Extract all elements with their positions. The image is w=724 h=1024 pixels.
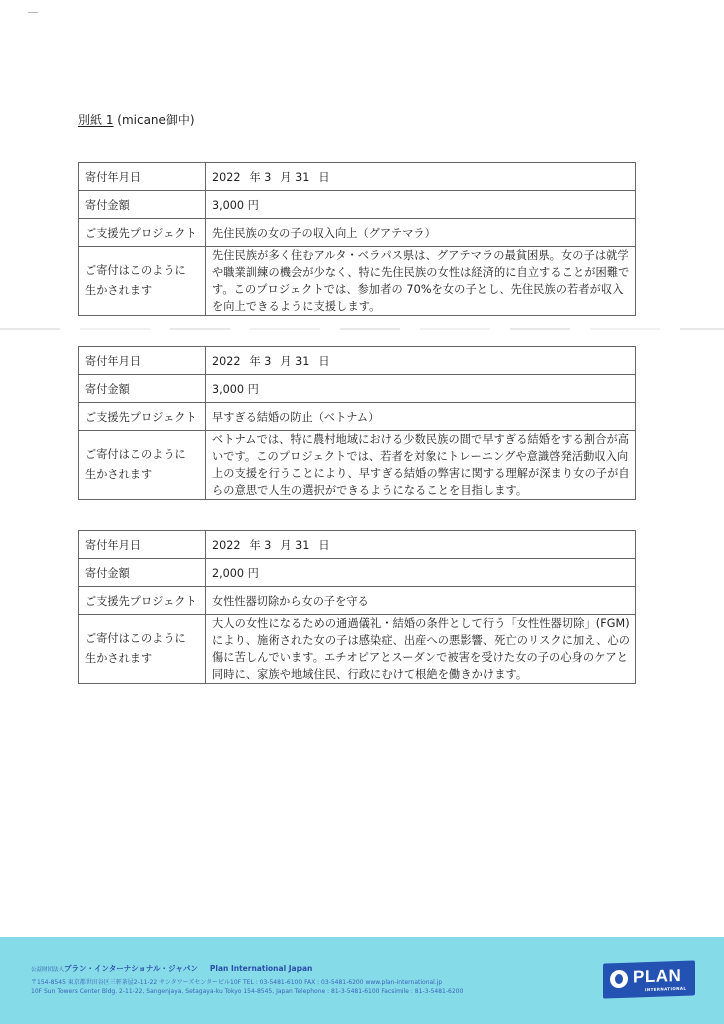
attachment-label: 別紙 1 [78, 113, 113, 127]
usage-label: ご寄付はこのように 生かされます [79, 615, 206, 684]
usage-label: ご寄付はこのように 生かされます [79, 247, 206, 316]
date-year-unit: 年 [249, 355, 260, 368]
date-month-unit: 月 [280, 355, 291, 368]
logo-word: PLAN [633, 966, 681, 988]
table-row-date: 寄付年月日 2022年 3月 31日 [79, 347, 636, 375]
project-value: 早すぎる結婚の防止（ベトナム） [206, 403, 636, 431]
usage-description: ベトナムでは、特に農村地域における少数民族の間で早すぎる結婚をする割合が高いです… [206, 431, 636, 500]
date-day: 31 [295, 539, 309, 552]
usage-description: 先住民族が多く住むアルタ・ベラパス県は、グアテマラの最貧困県。女の子は就学や職業… [206, 247, 636, 316]
date-label: 寄付年月日 [79, 347, 206, 375]
amount-label: 寄付金額 [79, 559, 206, 587]
date-year: 2022 [212, 539, 240, 552]
date-value: 2022年 3月 31日 [206, 347, 636, 375]
table-row-usage: ご寄付はこのように 生かされます ベトナムでは、特に農村地域における少数民族の間… [79, 431, 636, 500]
date-year: 2022 [212, 171, 240, 184]
org-name-jp: プラン・インターナショナル・ジャパン [64, 964, 198, 973]
recipient-label: (micane御中) [113, 113, 194, 127]
date-day: 31 [295, 171, 309, 184]
date-month-unit: 月 [280, 171, 291, 184]
table-row-usage: ご寄付はこのように 生かされます 先住民族が多く住むアルタ・ベラパス県は、グアテ… [79, 247, 636, 316]
table-row-project: ご支援先プロジェクト 女性性器切除から女の子を守る [79, 587, 636, 615]
project-label: ご支援先プロジェクト [79, 219, 206, 247]
donation-table-1: 寄付年月日 2022年 3月 31日 寄付金額 3,000 円 ご支援先プロジェ… [78, 162, 636, 316]
org-name-en: Plan International Japan [210, 964, 313, 973]
usage-label-line1: ご寄付はこのように [85, 264, 186, 277]
date-value: 2022年 3月 31日 [206, 531, 636, 559]
usage-description: 大人の女性になるための通過儀礼・結婚の条件として行う「女性性器切除」(FGM)に… [206, 615, 636, 684]
date-year: 2022 [212, 355, 240, 368]
letterhead-footer: 公益財団法人プラン・インターナショナル・ジャパンPlan Internation… [0, 937, 724, 1024]
usage-label-line1: ご寄付はこのように [85, 632, 186, 645]
document-heading: 別紙 1 (micane御中) [78, 111, 195, 128]
date-year-unit: 年 [249, 171, 260, 184]
usage-label-line2: 生かされます [85, 652, 152, 665]
organization-name: 公益財団法人プラン・インターナショナル・ジャパンPlan Internation… [31, 963, 312, 974]
address-japanese: 〒154-8545 東京都世田谷区三軒茶屋2-11-22 サンタワーズセンタービ… [31, 977, 442, 986]
project-label: ご支援先プロジェクト [79, 587, 206, 615]
logo-subtitle: INTERNATIONAL [645, 986, 686, 992]
date-day-unit: 日 [318, 355, 329, 368]
amount-label: 寄付金額 [79, 375, 206, 403]
org-prefix: 公益財団法人 [31, 967, 64, 973]
usage-label-line2: 生かされます [85, 284, 152, 297]
table-row-amount: 寄付金額 2,000 円 [79, 559, 636, 587]
table-row-amount: 寄付金額 3,000 円 [79, 375, 636, 403]
plan-person-icon [610, 970, 628, 989]
scan-artifact [28, 12, 38, 13]
table-row-date: 寄付年月日 2022年 3月 31日 [79, 163, 636, 191]
project-value: 女性性器切除から女の子を守る [206, 587, 636, 615]
amount-value: 3,000 円 [206, 191, 636, 219]
project-label: ご支援先プロジェクト [79, 403, 206, 431]
date-day: 31 [295, 355, 309, 368]
date-label: 寄付年月日 [79, 531, 206, 559]
amount-label: 寄付金額 [79, 191, 206, 219]
date-month-unit: 月 [280, 539, 291, 552]
date-label: 寄付年月日 [79, 163, 206, 191]
usage-label-line1: ご寄付はこのように [85, 448, 186, 461]
donation-table-3: 寄付年月日 2022年 3月 31日 寄付金額 2,000 円 ご支援先プロジェ… [78, 530, 636, 684]
plan-international-logo: PLAN INTERNATIONAL [603, 960, 695, 998]
usage-label-line2: 生かされます [85, 468, 152, 481]
date-value: 2022年 3月 31日 [206, 163, 636, 191]
amount-value: 3,000 円 [206, 375, 636, 403]
address-english: 10F Sun Towers Center Bldg. 2-11-22, San… [31, 988, 463, 995]
scan-fold-line [0, 328, 724, 330]
table-row-amount: 寄付金額 3,000 円 [79, 191, 636, 219]
donation-table-2: 寄付年月日 2022年 3月 31日 寄付金額 3,000 円 ご支援先プロジェ… [78, 346, 636, 500]
date-day-unit: 日 [318, 539, 329, 552]
date-month: 3 [264, 171, 271, 184]
date-month: 3 [264, 355, 271, 368]
table-row-project: ご支援先プロジェクト 先住民族の女の子の収入向上（グアテマラ） [79, 219, 636, 247]
date-year-unit: 年 [249, 539, 260, 552]
date-day-unit: 日 [318, 171, 329, 184]
date-month: 3 [264, 539, 271, 552]
table-row-project: ご支援先プロジェクト 早すぎる結婚の防止（ベトナム） [79, 403, 636, 431]
project-value: 先住民族の女の子の収入向上（グアテマラ） [206, 219, 636, 247]
table-row-usage: ご寄付はこのように 生かされます 大人の女性になるための通過儀礼・結婚の条件とし… [79, 615, 636, 684]
amount-value: 2,000 円 [206, 559, 636, 587]
usage-label: ご寄付はこのように 生かされます [79, 431, 206, 500]
table-row-date: 寄付年月日 2022年 3月 31日 [79, 531, 636, 559]
